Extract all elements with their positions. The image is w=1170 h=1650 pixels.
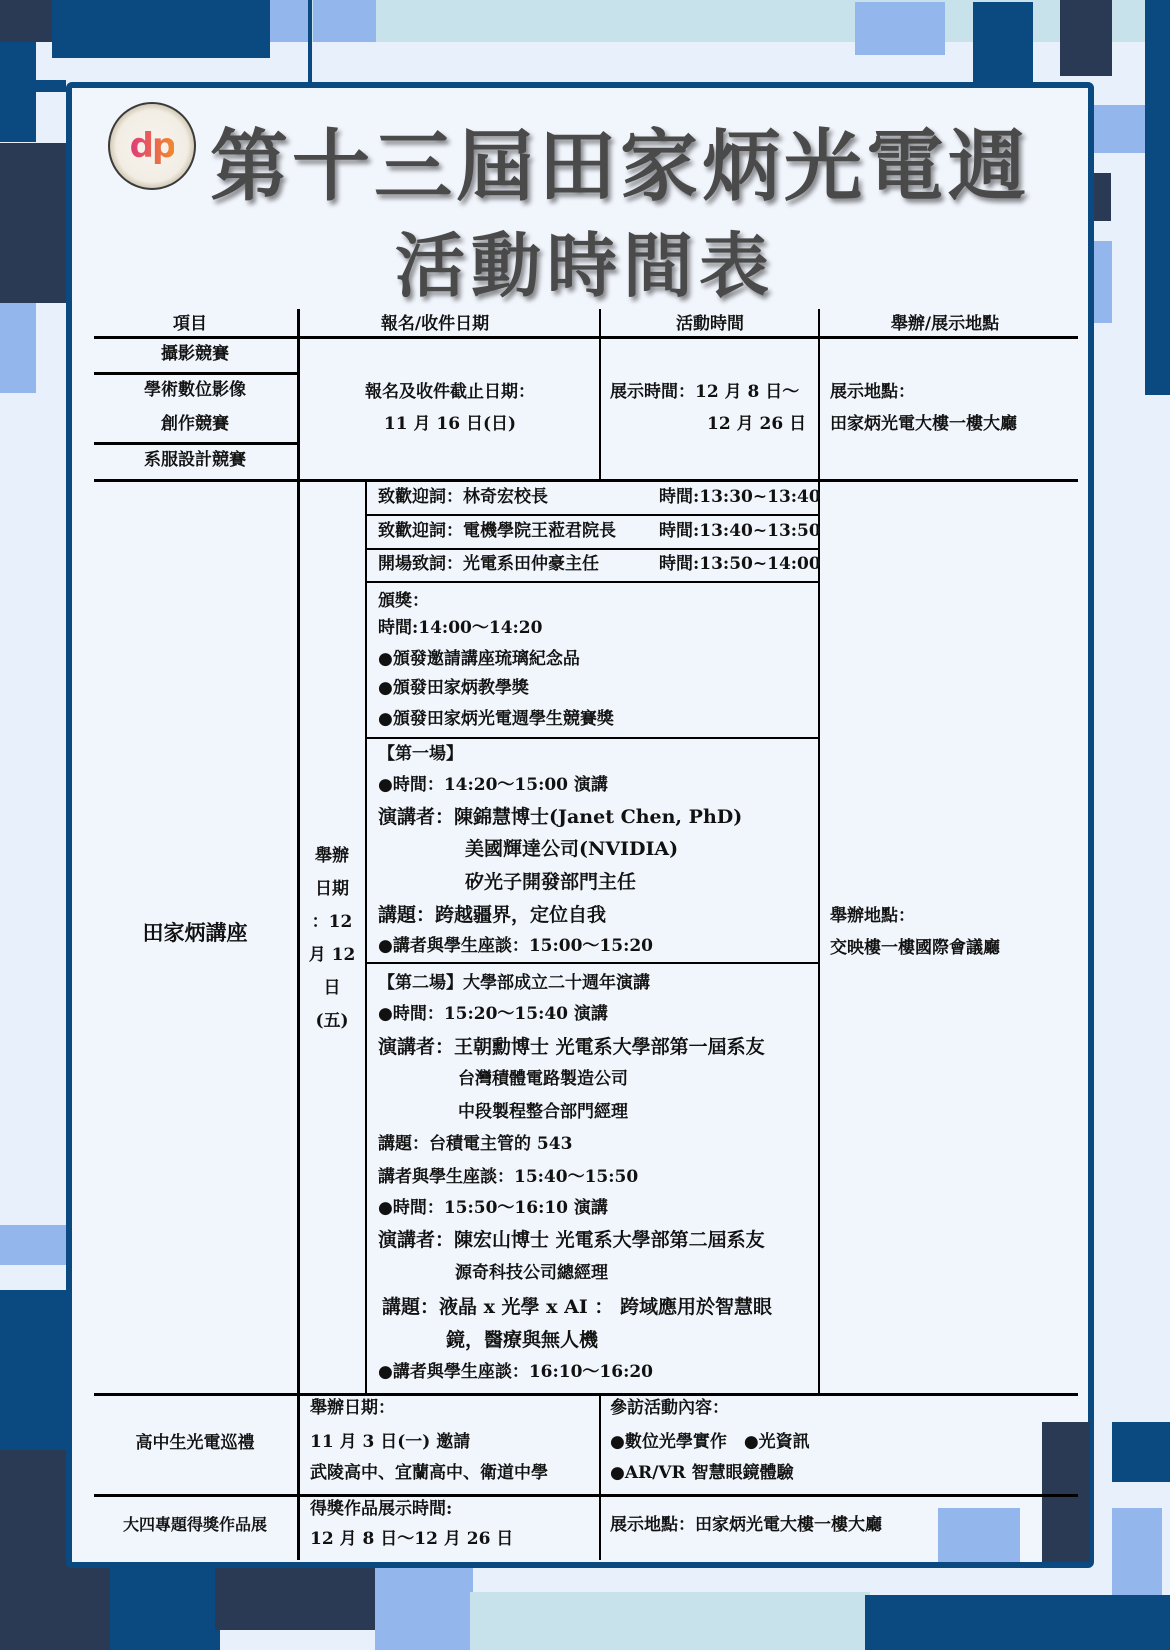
tour-content: ●數位光學實作 ●光資訊 xyxy=(610,1434,810,1451)
divider xyxy=(94,479,1078,482)
exhibit-location-label: 展示地點： xyxy=(830,384,915,401)
exhibit-time: 展示時間：12 月 8 日～ xyxy=(610,384,799,401)
award-line: 頒獎： xyxy=(378,593,429,610)
lecture-date: 舉辦 xyxy=(300,848,364,865)
lecture-date: 月 12 xyxy=(300,947,364,964)
exhibit-time-end: 12 月 26 日 xyxy=(707,416,806,433)
tour-date: 舉辦日期： xyxy=(310,1400,395,1417)
item-digital-image: 學術數位影像 xyxy=(95,382,295,399)
session2-line: 演講者：陳宏山博士 光電系大學部第二屆系友 xyxy=(378,1231,765,1250)
divider xyxy=(94,1494,1078,1497)
item-photography: 攝影競賽 xyxy=(95,346,295,363)
welcome-speech-time: 時間:13:40~13:50 xyxy=(659,523,821,540)
divider xyxy=(365,737,820,739)
header-location: 舉辦/展示地點 xyxy=(820,316,1070,333)
session2-line: ●時間：15:20～15:40 演講 xyxy=(378,1006,608,1023)
opening-speech-time: 時間:13:50~14:00 xyxy=(659,556,821,573)
award-line: ●頒發田家炳教學獎 xyxy=(378,680,529,697)
session2-line: ●講者與學生座談：16:10～16:20 xyxy=(378,1364,653,1381)
divider xyxy=(94,336,1078,339)
divider xyxy=(297,481,300,1395)
opening-speech-label: 開場致詞：光電系田仲豪主任 xyxy=(378,556,599,573)
exhibit-date: 得獎作品展示時間: xyxy=(310,1501,452,1518)
divider xyxy=(599,1395,601,1560)
lecture-date: 日期 xyxy=(300,881,364,898)
exhibit-location: 田家炳光電大樓一樓大廳 xyxy=(830,416,1017,433)
award-line: 時間:14:00～14:20 xyxy=(378,620,542,637)
tour-date: 武陵高中、宜蘭高中、衛道中學 xyxy=(310,1465,548,1482)
lecture-location: 交映樓一樓國際會議廳 xyxy=(830,940,1000,957)
session2-line: 中段製程整合部門經理 xyxy=(458,1104,628,1121)
lecture-date: (五) xyxy=(300,1013,364,1030)
lecture-location-label: 舉辦地點： xyxy=(830,908,915,925)
session2-line: 講題：液晶 x 光學 x AI ： 跨域應用於智慧眼 xyxy=(382,1298,772,1317)
header-item: 項目 xyxy=(95,316,285,333)
registration-label: 報名及收件截止日期： xyxy=(300,384,600,401)
divider xyxy=(297,1395,300,1560)
session2-line: 台灣積體電路製造公司 xyxy=(458,1071,628,1088)
lecture-date: ：12 xyxy=(300,914,364,931)
item-tour: 高中生光電巡禮 xyxy=(95,1435,295,1452)
exhibit-location: 展示地點：田家炳光電大樓一樓大廳 xyxy=(610,1517,882,1534)
session1-line: 【第一場】 xyxy=(378,746,463,763)
header-time: 活動時間 xyxy=(600,316,820,333)
welcome-speech-time: 時間:13:30~13:40 xyxy=(659,489,821,506)
divider xyxy=(818,309,820,1395)
award-line: ●頒發邀請講座琉璃紀念品 xyxy=(378,651,580,668)
schedule-table: 項目 報名/收件日期 活動時間 舉辦/展示地點 攝影競賽 學術數位影像 創作競賽… xyxy=(0,0,1170,1650)
award-line: ●頒發田家炳光電週學生競賽獎 xyxy=(378,711,614,728)
registration-date: 11 月 16 日(日) xyxy=(300,416,600,433)
session1-line: 講題：跨越疆界，定位自我 xyxy=(378,906,606,925)
divider xyxy=(365,514,820,516)
lecture-date: 日 xyxy=(300,980,364,997)
session1-line: ●時間：14:20～15:00 演講 xyxy=(378,777,608,794)
session2-line: 講題：台積電主管的 543 xyxy=(378,1136,572,1153)
tour-date: 11 月 3 日(一) 邀請 xyxy=(310,1434,470,1451)
session2-line: 演講者：王朝勳博士 光電系大學部第一屆系友 xyxy=(378,1038,765,1057)
session2-line: 講者與學生座談：15:40～15:50 xyxy=(378,1169,638,1186)
divider xyxy=(94,442,297,445)
session1-line: 演講者：陳錦慧博士(Janet Chen, PhD) xyxy=(378,808,742,827)
session1-line: 矽光子開發部門主任 xyxy=(465,873,636,892)
item-lecture: 田家炳講座 xyxy=(95,922,295,943)
divider xyxy=(94,1393,1078,1396)
header-registration: 報名/收件日期 xyxy=(300,316,570,333)
item-digital-image-2: 創作競賽 xyxy=(95,416,295,433)
divider xyxy=(365,962,820,964)
divider xyxy=(94,372,297,375)
session2-line: 源奇科技公司總經理 xyxy=(455,1265,608,1282)
welcome-speech-label: 致歡迎詞：電機學院王蒞君院長 xyxy=(378,523,616,540)
item-exhibit: 大四專題得獎作品展 xyxy=(95,1517,295,1533)
item-uniform-design: 系服設計競賽 xyxy=(95,452,295,469)
welcome-speech-label: 致歡迎詞：林奇宏校長 xyxy=(378,489,548,506)
session2-line: 【第二場】大學部成立二十週年演講 xyxy=(378,975,650,992)
exhibit-date: 12 月 8 日～12 月 26 日 xyxy=(310,1531,513,1548)
session2-line: 鏡，醫療與無人機 xyxy=(446,1331,598,1350)
tour-content: 參訪活動內容： xyxy=(610,1400,729,1417)
session1-line: 美國輝達公司(NVIDIA) xyxy=(465,840,678,859)
session1-line: ●講者與學生座談：15:00～15:20 xyxy=(378,938,653,955)
tour-content: ●AR/VR 智慧眼鏡體驗 xyxy=(610,1465,794,1482)
divider xyxy=(365,581,820,583)
divider xyxy=(365,548,820,550)
divider xyxy=(365,481,367,1395)
session2-line: ●時間：15:50～16:10 演講 xyxy=(378,1200,608,1217)
